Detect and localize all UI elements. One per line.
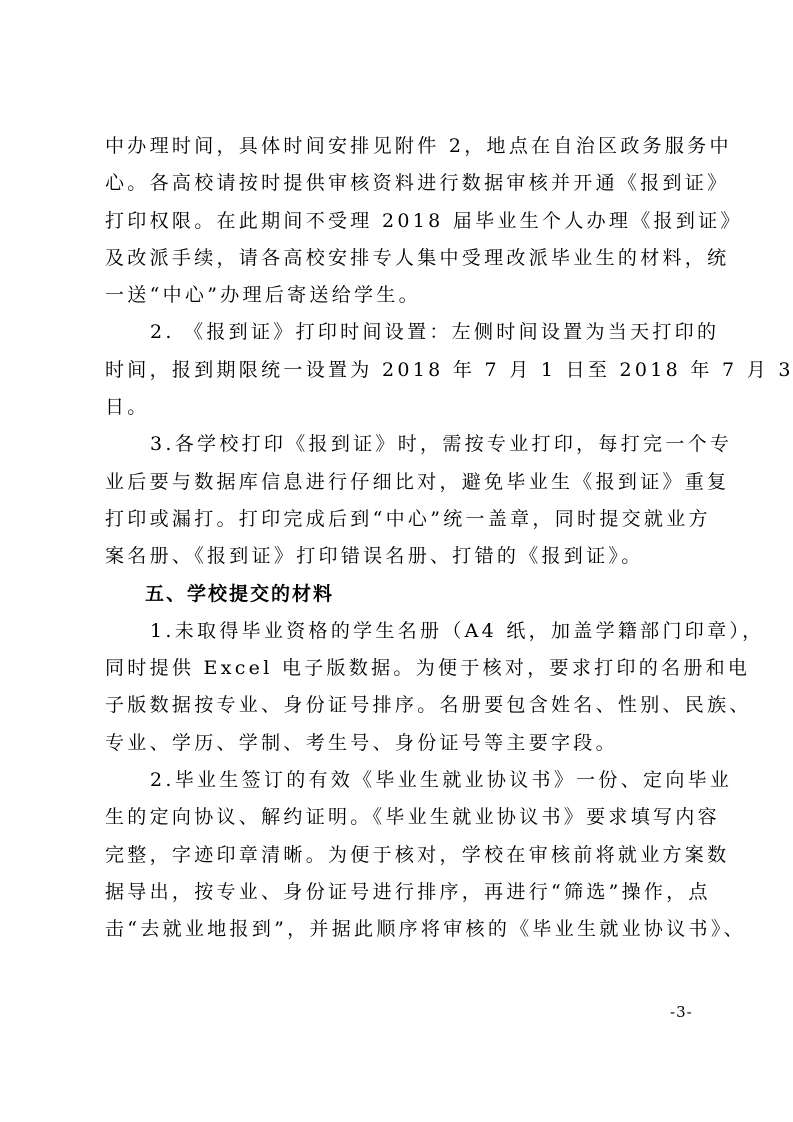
paragraph-line: 打印权限。在此期间不受理 2018 届毕业生个人办理《报到证》 — [105, 203, 693, 240]
paragraph-line: 生的定向协议、解约证明。《毕业生就业协议书》要求填写内容 — [105, 799, 693, 836]
page-number: -3- — [670, 1003, 693, 1021]
paragraph-line: 心。各高校请按时提供审核资料进行数据审核并开通《报到证》 — [105, 165, 693, 202]
paragraph-line: 据导出，按专业、身份证号进行排序，再进行“筛选”操作，点 — [105, 874, 693, 911]
paragraph-line: 及改派手续，请各高校安排专人集中受理改派毕业生的材料，统 — [105, 240, 693, 277]
document-page: 中办理时间，具体时间安排见附件 2，地点在自治区政务服务中 心。各高校请按时提供… — [0, 0, 793, 1122]
list-item-2-agreement: 2.毕业生签订的有效《毕业生就业协议书》一份、定向毕业 — [105, 762, 693, 799]
paragraph-line: 中办理时间，具体时间安排见附件 2，地点在自治区政务服务中 — [105, 128, 693, 165]
document-body: 中办理时间，具体时间安排见附件 2，地点在自治区政务服务中 心。各高校请按时提供… — [105, 128, 693, 949]
paragraph-line: 案名册、《报到证》打印错误名册、打错的《报到证》。 — [105, 538, 693, 575]
paragraph-line: 日。 — [105, 389, 693, 426]
list-item-1-roster: 1.未取得毕业资格的学生名册（A4 纸，加盖学籍部门印章）， — [105, 613, 693, 650]
paragraph-line: 业后要与数据库信息进行仔细比对，避免毕业生《报到证》重复 — [105, 464, 693, 501]
section-heading: 五、学校提交的材料 — [105, 576, 693, 613]
list-item-2-print-time: 2. 《报到证》打印时间设置：左侧时间设置为当天打印的 — [105, 314, 693, 351]
paragraph-line: 时间，报到期限统一设置为 2018 年 7 月 1 日至 2018 年 7 月 … — [105, 352, 693, 389]
paragraph-line: 子版数据按专业、身份证号排序。名册要包含姓名、性别、民族、 — [105, 687, 693, 724]
paragraph-line: 一送“中心”办理后寄送给学生。 — [105, 277, 693, 314]
list-item-3-print-by-major: 3.各学校打印《报到证》时，需按专业打印，每打完一个专 — [105, 426, 693, 463]
paragraph-line: 打印或漏打。打印完成后到“中心”统一盖章，同时提交就业方 — [105, 501, 693, 538]
paragraph-line: 专业、学历、学制、考生号、身份证号等主要字段。 — [105, 725, 693, 762]
paragraph-line: 同时提供 Excel 电子版数据。为便于核对，要求打印的名册和电 — [105, 650, 693, 687]
paragraph-line: 完整，字迹印章清晰。为便于核对，学校在审核前将就业方案数 — [105, 837, 693, 874]
paragraph-line: 击“去就业地报到”，并据此顺序将审核的《毕业生就业协议书》、 — [105, 911, 693, 948]
